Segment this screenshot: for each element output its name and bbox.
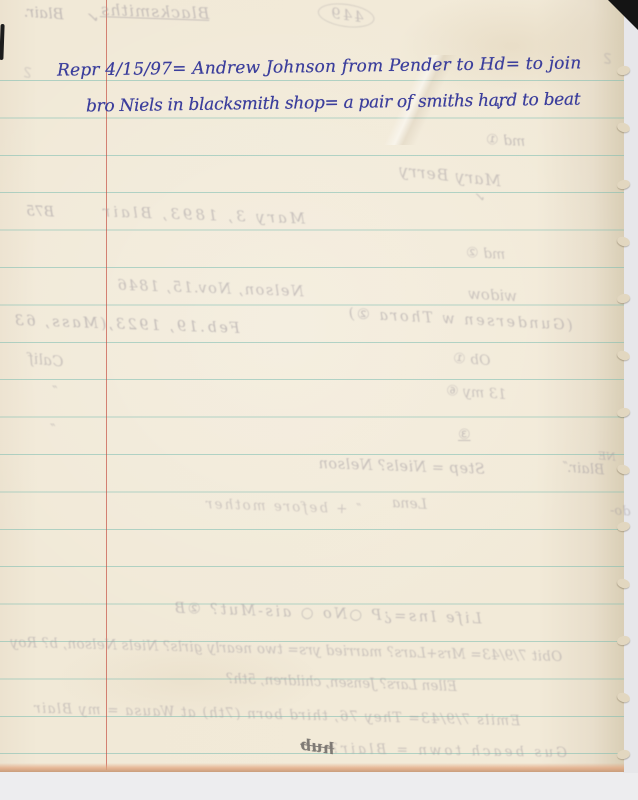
- blue-ink-handwriting-layer: Repr 4/15/97= Andrew Johnson from Pender…: [0, 0, 638, 800]
- ink-line: bro Niels in blacksmith shop= a pair of …: [86, 90, 581, 117]
- ink-line: Repr 4/15/97= Andrew Johnson from Pender…: [57, 53, 582, 80]
- scanned-notebook-page: Blair.✓Blacksmiths449∿∿md ①Mary Berry✓B7…: [0, 0, 638, 800]
